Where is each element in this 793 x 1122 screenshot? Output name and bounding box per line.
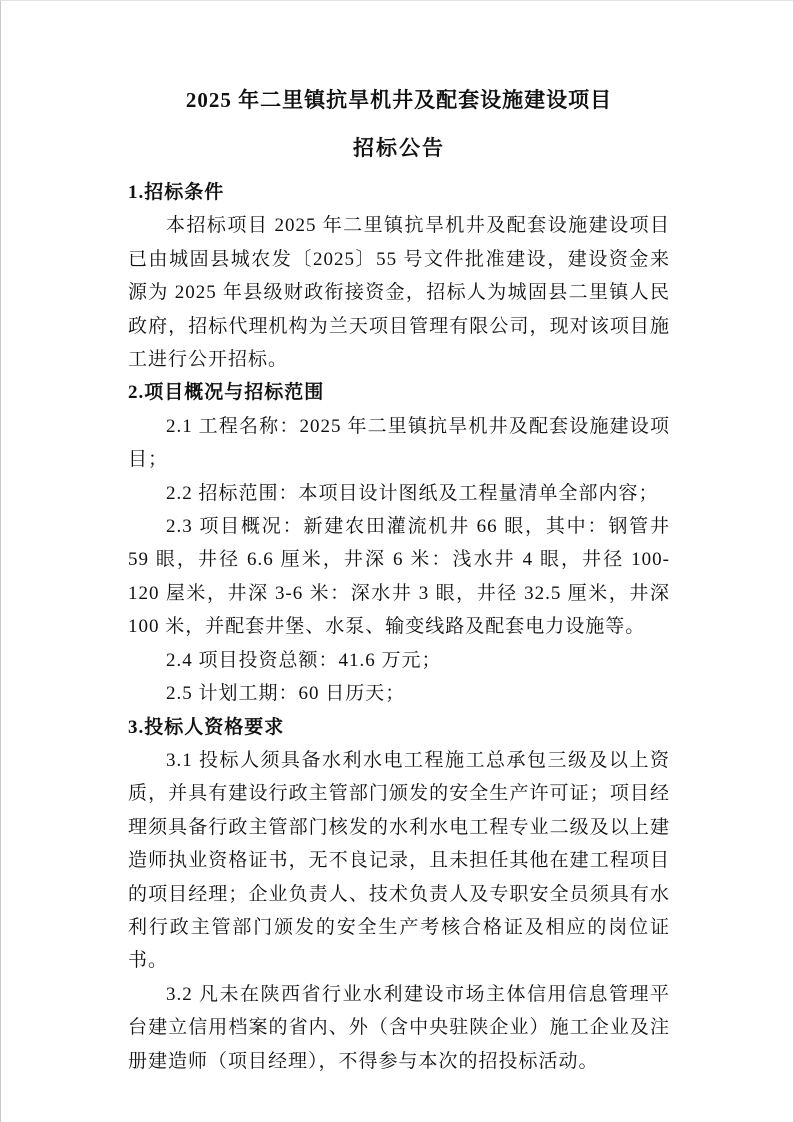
- section-bidder-qualifications: 3.投标人资格要求 3.1 投标人须具备水利水电工程施工总承包三级及以上资质，并…: [128, 711, 670, 1078]
- paragraph: 2.1 工程名称：2025 年二里镇抗旱机井及配套设施建设项目；: [128, 410, 670, 477]
- paragraph: 3.1 投标人须具备水利水电工程施工总承包三级及以上资质，并具有建设行政主管部门…: [128, 744, 670, 978]
- section-heading: 1.招标条件: [128, 176, 670, 209]
- document-page: 2025 年二里镇抗旱机井及配套设施建设项目 招标公告 1.招标条件 本招标项目…: [0, 0, 793, 1122]
- paragraph: 2.4 项目投资总额：41.6 万元；: [128, 644, 670, 677]
- paragraph: 3.2 凡未在陕西省行业水利建设市场主体信用信息管理平台建立信用档案的省内、外（…: [128, 978, 670, 1078]
- section-tender-conditions: 1.招标条件 本招标项目 2025 年二里镇抗旱机井及配套设施建设项目已由城固县…: [128, 176, 670, 376]
- section-heading: 2.项目概况与招标范围: [128, 376, 670, 409]
- section-heading: 3.投标人资格要求: [128, 711, 670, 744]
- paragraph: 2.3 项目概况：新建农田灌流机井 66 眼，其中：钢管井 59 眼，井径 6.…: [128, 510, 670, 644]
- document-title: 2025 年二里镇抗旱机井及配套设施建设项目: [128, 85, 670, 115]
- document-subtitle: 招标公告: [128, 133, 670, 163]
- paragraph: 2.2 招标范围：本项目设计图纸及工程量清单全部内容；: [128, 477, 670, 510]
- paragraph: 本招标项目 2025 年二里镇抗旱机井及配套设施建设项目已由城固县城农发〔202…: [128, 209, 670, 376]
- document-body: 1.招标条件 本招标项目 2025 年二里镇抗旱机井及配套设施建设项目已由城固县…: [128, 176, 670, 1078]
- paragraph: 2.5 计划工期：60 日历天；: [128, 677, 670, 710]
- section-project-overview: 2.项目概况与招标范围 2.1 工程名称：2025 年二里镇抗旱机井及配套设施建…: [128, 376, 670, 710]
